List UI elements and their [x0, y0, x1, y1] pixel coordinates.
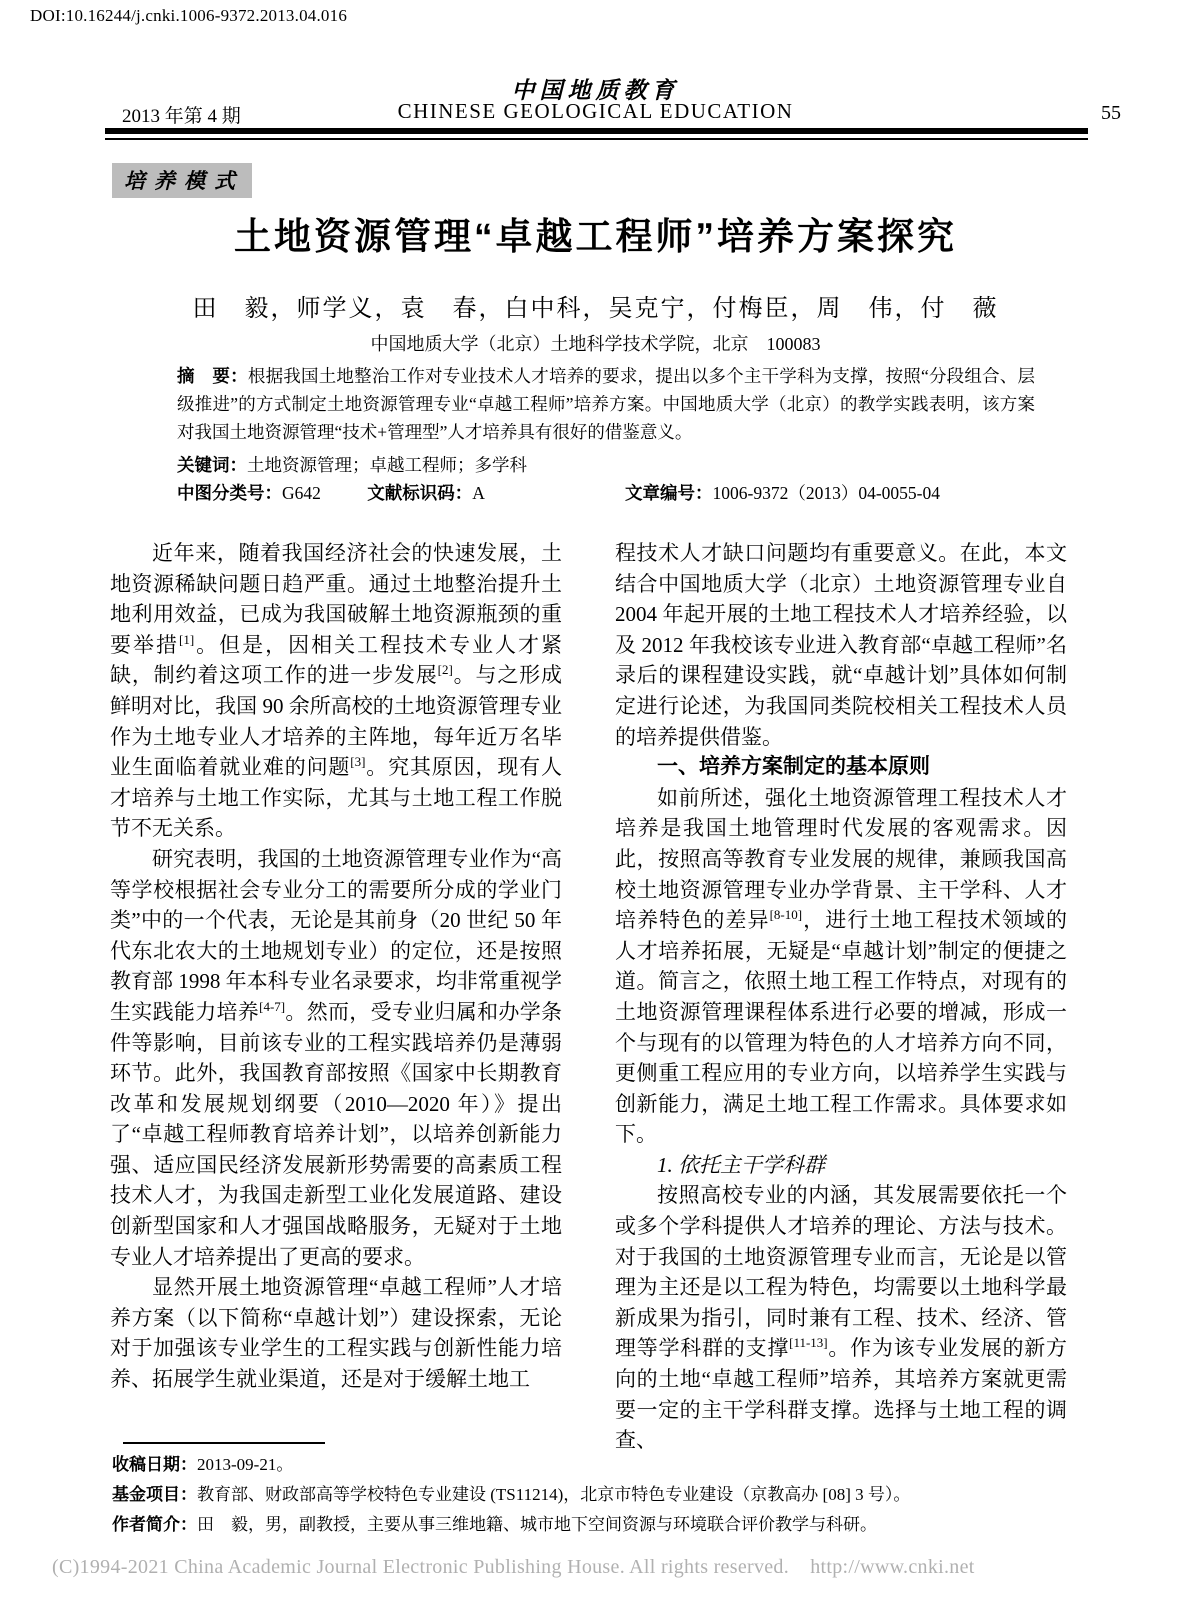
page-number: 55	[1101, 102, 1121, 125]
journal-name-en: CHINESE GEOLOGICAL EDUCATION	[0, 99, 1191, 124]
keywords-label: 关键词：	[177, 455, 247, 475]
footnotes-block: 收稿日期：2013-09-21。基金项目：教育部、财政部高等学校特色专业建设 (…	[112, 1450, 1052, 1540]
clc-label: 中图分类号：	[177, 483, 282, 503]
body-column-right: 程技术人才缺口问题均有重要意义。在此，本文结合中国地质大学（北京）土地资源管理专…	[615, 538, 1067, 1456]
footnote: 作者简介：田 毅，男，副教授，主要从事三维地籍、城市地下空间资源与环境联合评价教…	[112, 1510, 1052, 1540]
journal-page: DOI:10.16244/j.cnki.1006-9372.2013.04.01…	[0, 0, 1191, 1616]
copyright-line: (C)1994-2021 China Academic Journal Elec…	[52, 1556, 1152, 1579]
header-rule-thick	[105, 128, 1088, 134]
header-rule-thin	[105, 138, 1088, 140]
article-id-label: 文章编号：	[625, 483, 713, 503]
body-paragraph: 显然开展土地资源管理“卓越工程师”人才培养方案（以下简称“卓越计划”）建设探索，…	[110, 1272, 562, 1394]
reference-marker: [4-7]	[259, 999, 285, 1014]
doc-code-group: 文献标识码：A	[367, 483, 485, 503]
footnote: 基金项目：教育部、财政部高等学校特色专业建设 (TS11214)，北京市特色专业…	[112, 1480, 1052, 1510]
footnote: 收稿日期：2013-09-21。	[112, 1450, 1052, 1480]
reference-marker: [2]	[438, 662, 453, 677]
article-title: 土地资源管理“卓越工程师”培养方案探究	[0, 206, 1191, 260]
article-id-group: 文章编号：1006-9372（2013）04-0055-04	[625, 480, 940, 505]
footnote-text: 教育部、财政部高等学校特色专业建设 (TS11214)，北京市特色专业建设（京教…	[197, 1485, 910, 1504]
footnote-label: 收稿日期：	[112, 1455, 197, 1474]
body-paragraph: 程技术人才缺口问题均有重要意义。在此，本文结合中国地质大学（北京）土地资源管理专…	[615, 538, 1067, 752]
reference-marker: [3]	[350, 754, 365, 769]
clc-group: 中图分类号：G642	[177, 483, 321, 503]
sub-heading: 1. 依托主干学科群	[615, 1150, 1067, 1181]
body-paragraph: 如前所述，强化土地资源管理工程技术人才培养是我国土地管理时代发展的客观需求。因此…	[615, 783, 1067, 1150]
body-paragraph: 研究表明，我国的土地资源管理专业作为“高等学校根据社会专业分工的需要所分成的学业…	[110, 844, 562, 1272]
clc-value: G642	[282, 483, 321, 503]
abstract-block: 摘 要：根据我国土地整治工作对专业技术人才培养的要求，提出以多个主干学科为支撑，…	[177, 362, 1035, 446]
doi-text: DOI:10.16244/j.cnki.1006-9372.2013.04.01…	[30, 6, 347, 26]
reference-marker: [1]	[179, 632, 194, 647]
reference-marker: [8-10]	[770, 907, 803, 922]
body-paragraph: 近年来，随着我国经济社会的快速发展，土地资源稀缺问题日趋严重。通过土地整治提升土…	[110, 538, 562, 844]
affiliation-line: 中国地质大学（北京）土地科学技术学院，北京 100083	[0, 330, 1191, 356]
footnote-divider	[123, 1442, 325, 1444]
article-id-value: 1006-9372（2013）04-0055-04	[713, 483, 940, 503]
doc-code-label: 文献标识码：	[367, 483, 472, 503]
classification-row: 中图分类号：G642 文献标识码：A 文章编号：1006-9372（2013）0…	[177, 480, 1035, 505]
section-badge: 培养模式	[112, 163, 252, 198]
doc-code-value: A	[472, 483, 485, 503]
section-heading: 一、培养方案制定的基本原则	[615, 752, 1067, 783]
keywords-row: 关键词：土地资源管理；卓越工程师；多学科	[177, 452, 1035, 477]
body-paragraph: 按照高校专业的内涵，其发展需要依托一个或多个学科提供人才培养的理论、方法与技术。…	[615, 1180, 1067, 1455]
footnote-label: 基金项目：	[112, 1485, 197, 1504]
abstract-text: 根据我国土地整治工作对专业技术人才培养的要求，提出以多个主干学科为支撑，按照“分…	[177, 366, 1035, 442]
keywords-text: 土地资源管理；卓越工程师；多学科	[247, 455, 527, 475]
authors-line: 田 毅，师学义，袁 春，白中科，吴克宁，付梅臣，周 伟，付 薇	[0, 288, 1191, 323]
footnote-text: 田 毅，男，副教授，主要从事三维地籍、城市地下空间资源与环境联合评价教学与科研。	[197, 1515, 877, 1534]
footnote-label: 作者简介：	[112, 1515, 197, 1534]
reference-marker: [11-13]	[789, 1335, 828, 1350]
body-column-left: 近年来，随着我国经济社会的快速发展，土地资源稀缺问题日趋严重。通过土地整治提升土…	[110, 538, 562, 1395]
footnote-text: 2013-09-21。	[197, 1455, 293, 1474]
abstract-label: 摘 要：	[177, 366, 248, 386]
